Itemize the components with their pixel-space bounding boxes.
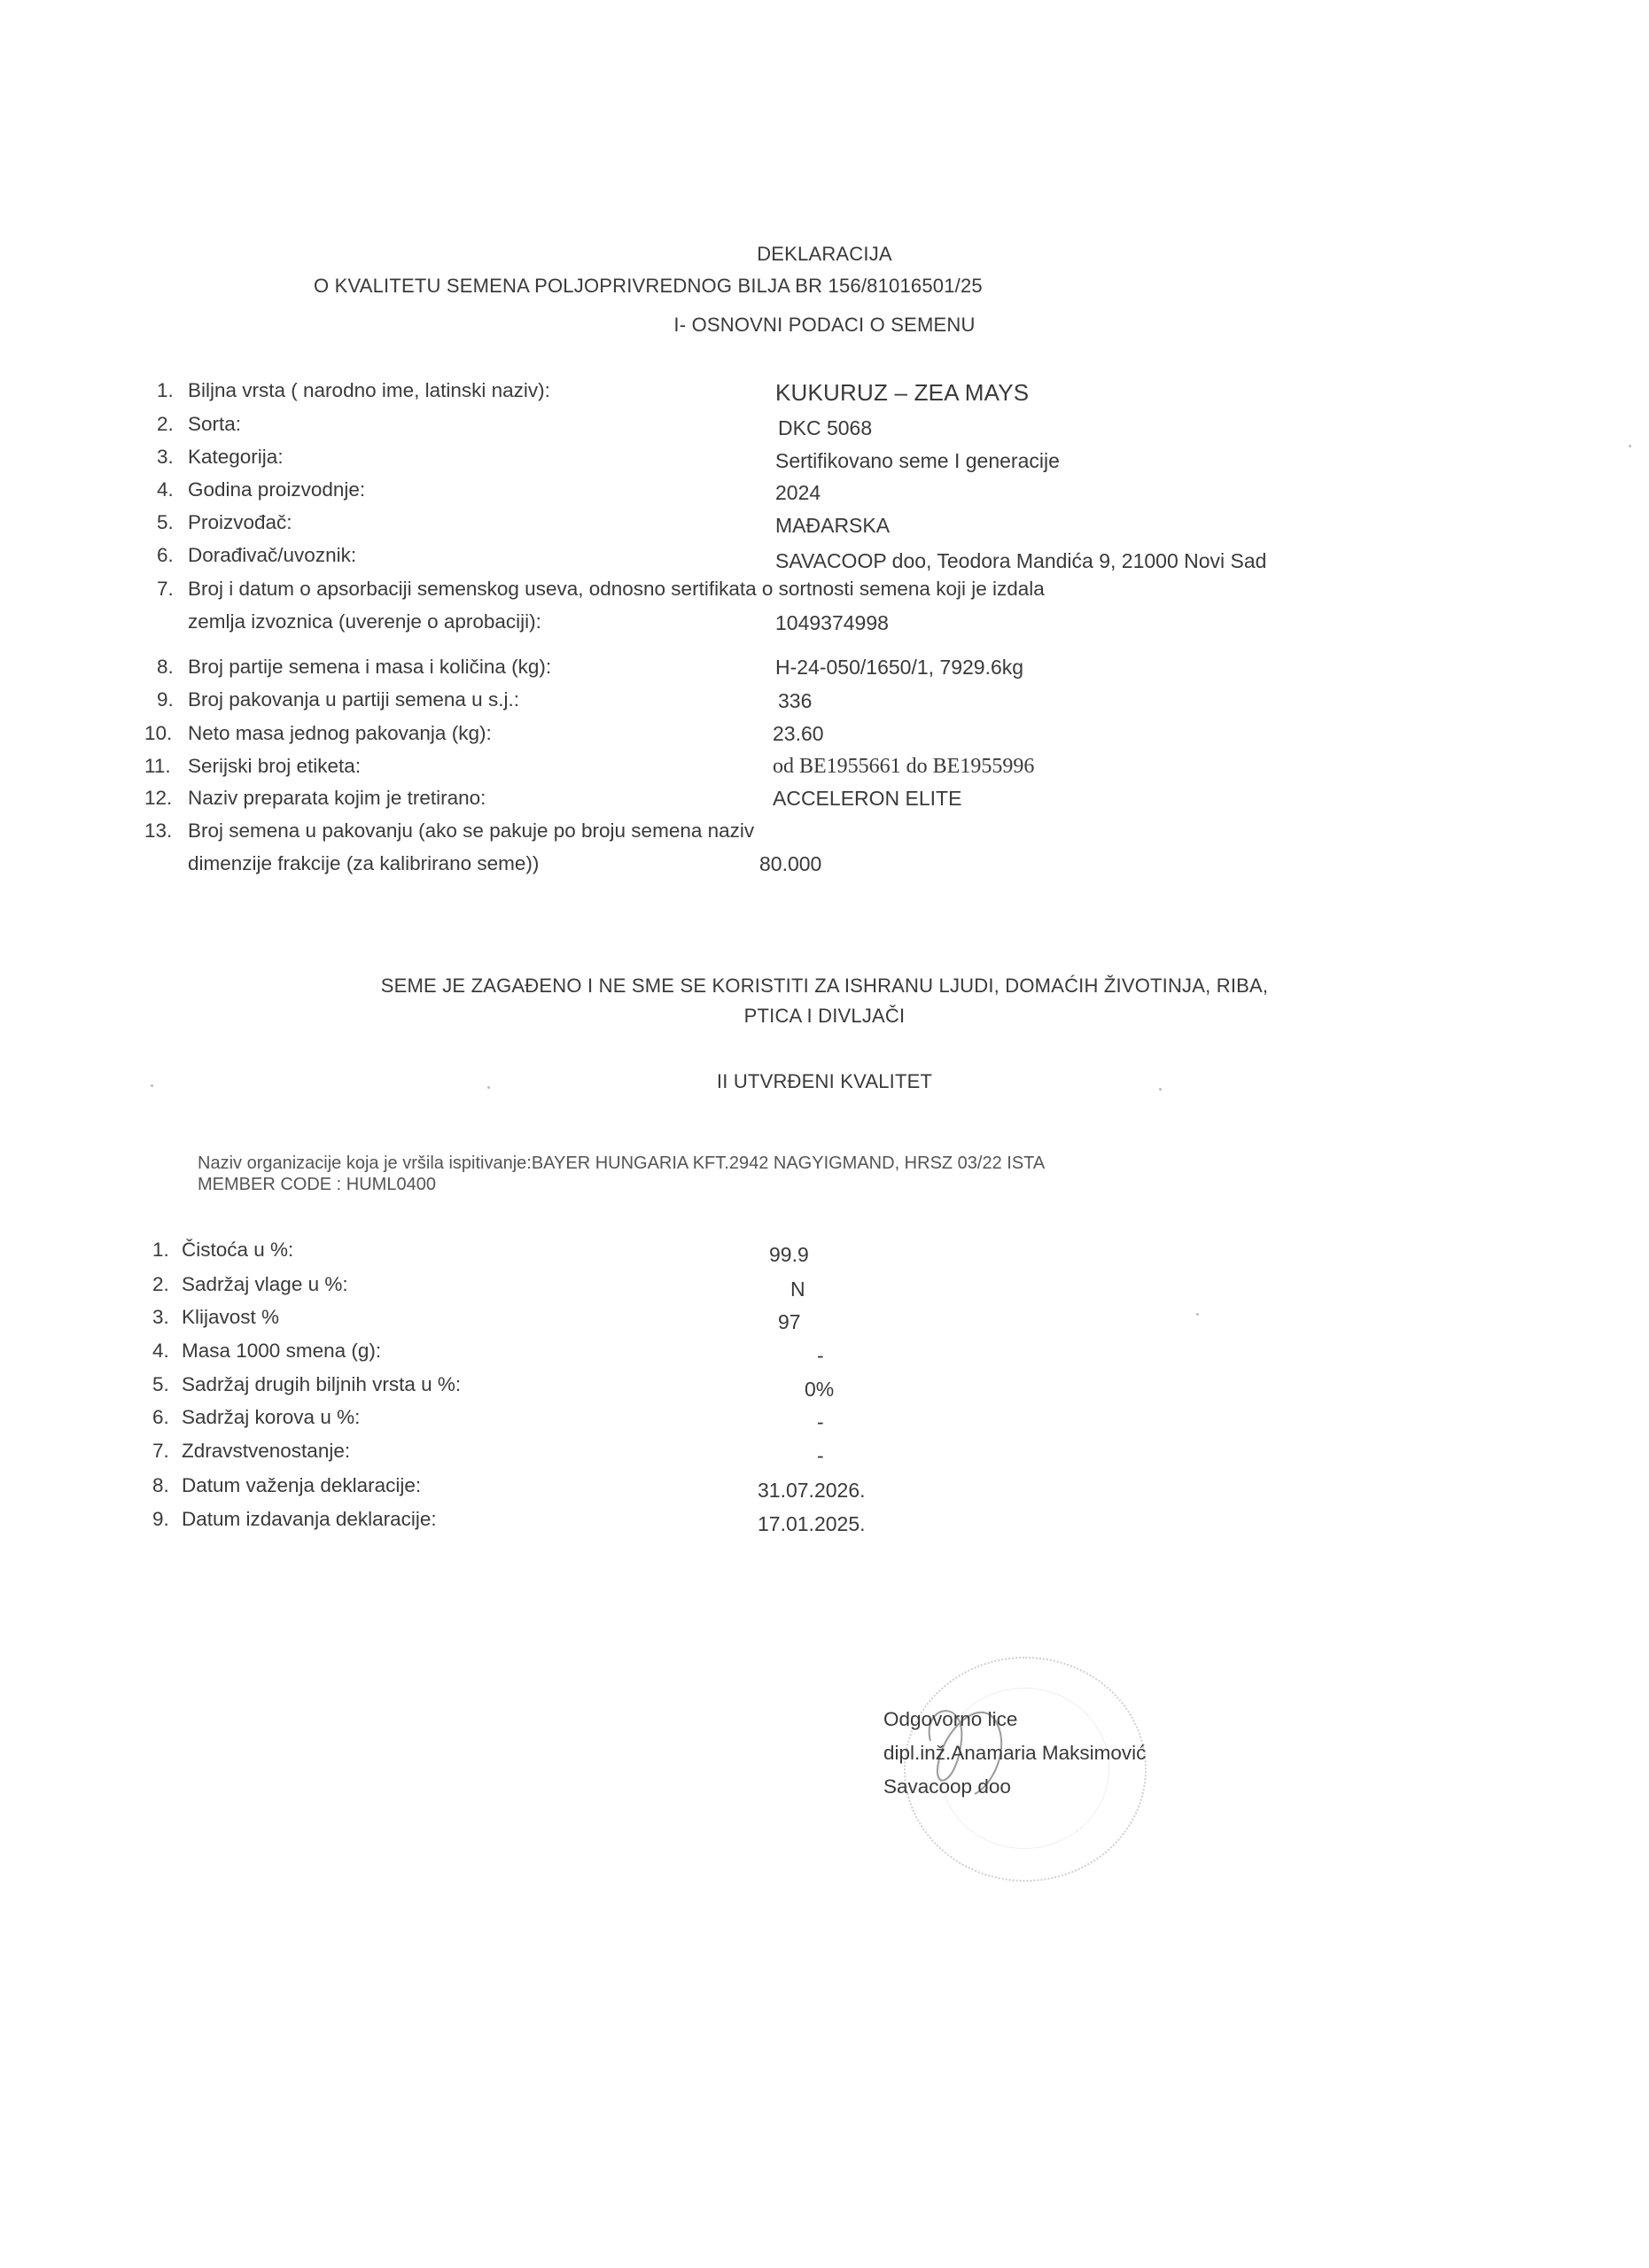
row-number: 6.	[152, 1406, 169, 1429]
row-number: 3.	[157, 446, 174, 469]
field-value: H-24-050/1650/1, 7929.6kg	[775, 656, 1023, 680]
warning-line1: SEME JE ZAGAĐENO I NE SME SE KORISTITI Z…	[0, 975, 1649, 998]
field-value: od BE1955661 do BE1955996	[773, 755, 1034, 779]
field-label: Dorađivač/uvoznik:	[188, 544, 356, 567]
row-number: 9.	[157, 688, 174, 711]
field-label: Broj partije semena i masa i količina (k…	[188, 656, 551, 679]
row-number: 12.	[144, 787, 172, 810]
document-subtitle: O KVALITETU SEMENA POLJOPRIVREDNOG BILJA…	[314, 275, 983, 298]
field-value: 336	[778, 689, 812, 713]
quality-value: N	[790, 1278, 805, 1301]
field-value: MAĐARSKA	[775, 514, 890, 538]
row-number: 8.	[152, 1474, 169, 1497]
row-number: 1.	[157, 379, 174, 402]
quality-value: -	[817, 1344, 824, 1368]
field-label: Serijski broj etiketa:	[188, 755, 361, 778]
field-value: 80.000	[759, 852, 821, 876]
field-label-continued: dimenzije frakcije (za kalibrirano seme)…	[188, 852, 539, 875]
field-label: Neto masa jednog pakovanja (kg):	[188, 722, 492, 745]
scan-speck	[1629, 445, 1631, 447]
scan-speck	[1159, 1088, 1162, 1091]
row-number: 6.	[157, 544, 174, 567]
quality-value: 31.07.2026.	[758, 1479, 866, 1503]
field-value: Sertifikovano seme I generacije	[775, 449, 1060, 473]
signature-name: dipl.inž.Anamaria Maksimović	[883, 1742, 1146, 1765]
field-value: 23.60	[773, 722, 824, 746]
row-number: 1.	[152, 1239, 169, 1262]
quality-label: Zdravstvenostanje:	[182, 1440, 350, 1463]
quality-label: Sadržaj korova u %:	[182, 1406, 360, 1429]
scan-speck	[487, 1086, 490, 1089]
row-number: 2.	[157, 413, 174, 436]
testing-org-line1: Naziv organizacije koja je vršila ispiti…	[198, 1153, 1045, 1174]
field-label: Proizvođač:	[188, 511, 292, 534]
row-number: 4.	[157, 478, 174, 501]
row-number: 5.	[157, 511, 174, 534]
row-number: 11.	[144, 755, 171, 778]
field-value: KUKURUZ – ZEA MAYS	[775, 379, 1029, 407]
field-value: 2024	[775, 481, 821, 505]
warning-line2: PTICA I DIVLJAČI	[0, 1005, 1649, 1028]
section1-title: I- OSNOVNI PODACI O SEMENU	[0, 314, 1649, 337]
field-label: Sorta:	[188, 413, 241, 436]
row-number: 7.	[157, 578, 174, 601]
quality-label: Sadržaj drugih biljnih vrsta u %:	[182, 1373, 461, 1396]
quality-label: Sadržaj vlage u %:	[182, 1273, 348, 1296]
scan-speck	[151, 1084, 153, 1087]
row-number: 4.	[152, 1340, 169, 1363]
signature-company: Savacoop doo	[883, 1775, 1011, 1798]
quality-value: 99.9	[769, 1243, 809, 1267]
row-number: 8.	[157, 656, 174, 679]
field-value: ACCELERON ELITE	[773, 787, 961, 811]
quality-value: 97	[778, 1310, 801, 1334]
field-label: Kategorija:	[188, 446, 284, 469]
row-number: 7.	[152, 1440, 169, 1463]
quality-label: Klijavost %	[182, 1306, 279, 1329]
field-value: SAVACOOP doo, Teodora Mandića 9, 21000 N…	[775, 549, 1266, 573]
row-number: 2.	[152, 1273, 169, 1296]
document-title: DEKLARACIJA	[0, 243, 1649, 266]
field-label: Naziv preparata kojim je tretirano:	[188, 787, 486, 810]
row-number: 5.	[152, 1373, 169, 1396]
quality-label: Masa 1000 smena (g):	[182, 1340, 381, 1363]
scan-speck	[1196, 1313, 1199, 1316]
quality-value: -	[817, 1444, 824, 1468]
field-label: Biljna vrsta ( narodno ime, latinski naz…	[188, 379, 550, 402]
row-number: 13.	[144, 819, 172, 843]
field-label: Godina proizvodnje:	[188, 478, 365, 501]
quality-value: -	[817, 1410, 824, 1434]
section2-title: II UTVRĐENI KVALITET	[0, 1070, 1649, 1093]
quality-label: Čistoća u %:	[182, 1239, 293, 1262]
row-number: 10.	[144, 722, 172, 745]
testing-org-line2: MEMBER CODE : HUML0400	[198, 1175, 436, 1195]
signature-role: Odgovorno lice	[883, 1708, 1017, 1731]
quality-label: Datum važenja deklaracije:	[182, 1474, 421, 1497]
field-label: Broj i datum o apsorbaciji semenskog use…	[188, 578, 1045, 601]
field-value: DKC 5068	[778, 416, 872, 440]
quality-label: Datum izdavanja deklaracije:	[182, 1508, 437, 1531]
field-label: Broj semena u pakovanju (ako se pakuje p…	[188, 819, 754, 843]
row-number: 9.	[152, 1508, 169, 1531]
field-value: 1049374998	[775, 611, 889, 635]
field-label: Broj pakovanja u partiji semena u s.j.:	[188, 688, 519, 711]
field-label-continued: zemlja izvoznica (uverenje o aprobaciji)…	[188, 610, 541, 633]
row-number: 3.	[152, 1306, 169, 1329]
quality-value: 17.01.2025.	[758, 1512, 866, 1536]
quality-value: 0%	[805, 1378, 834, 1402]
